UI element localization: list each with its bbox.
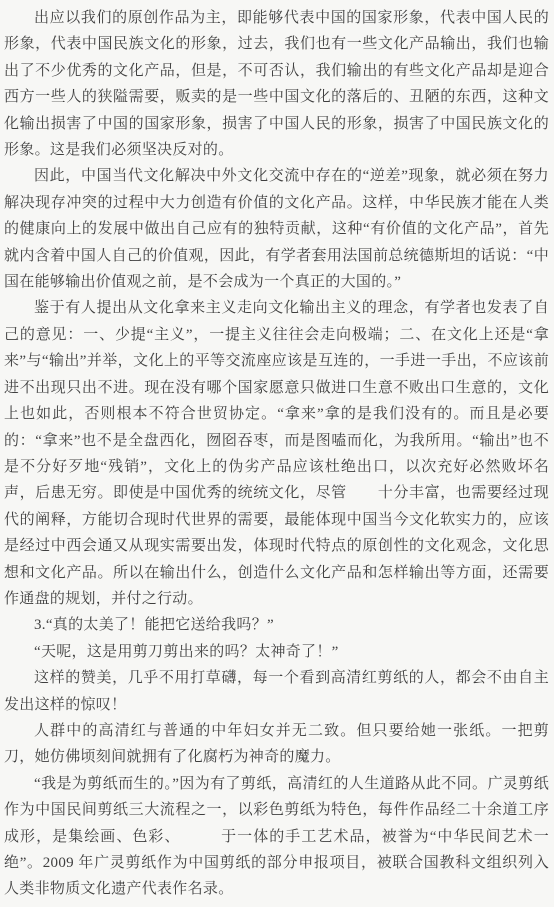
scanned-document-page: 出应以我们的原创作品为主，即能够代表中国的国家形象，代表中国人民的形象，代表中国… (0, 0, 554, 907)
text-paragraph: “我是为剪纸而生的。”因为有了剪纸，高清红的人生道路从此不同。广灵剪纸作为中国民… (4, 771, 549, 903)
text-paragraph: 这样的赞美，几乎不用打草礴，每一个看到高清红剪纸的人，都会不由自主发出这样的惊叹… (4, 665, 549, 718)
text-paragraph: 出应以我们的原创作品为主，即能够代表中国的国家形象，代表中国人民的形象，代表中国… (4, 5, 549, 163)
text-paragraph: 人群中的高清红与普通的中年妇女并无二致。但只要给她一张纸。一把剪刀，她仿佛顷刻间… (4, 718, 549, 771)
text-paragraph: 鉴于有人提出从文化拿来主义走向文化输出主义的理念，有学者也发表了自己的意见：一、… (4, 295, 549, 612)
text-paragraph-dialogue: 3.“真的太美了！能把它送给我吗？” (4, 612, 549, 638)
text-paragraph: 因此，中国当代文化解决中外文化交流中存在的“逆差”现象，就必须在努力解决现存冲突… (4, 163, 549, 295)
text-paragraph-dialogue: “天呢，这是用剪刀剪出来的吗？太神奇了！” (4, 639, 549, 665)
